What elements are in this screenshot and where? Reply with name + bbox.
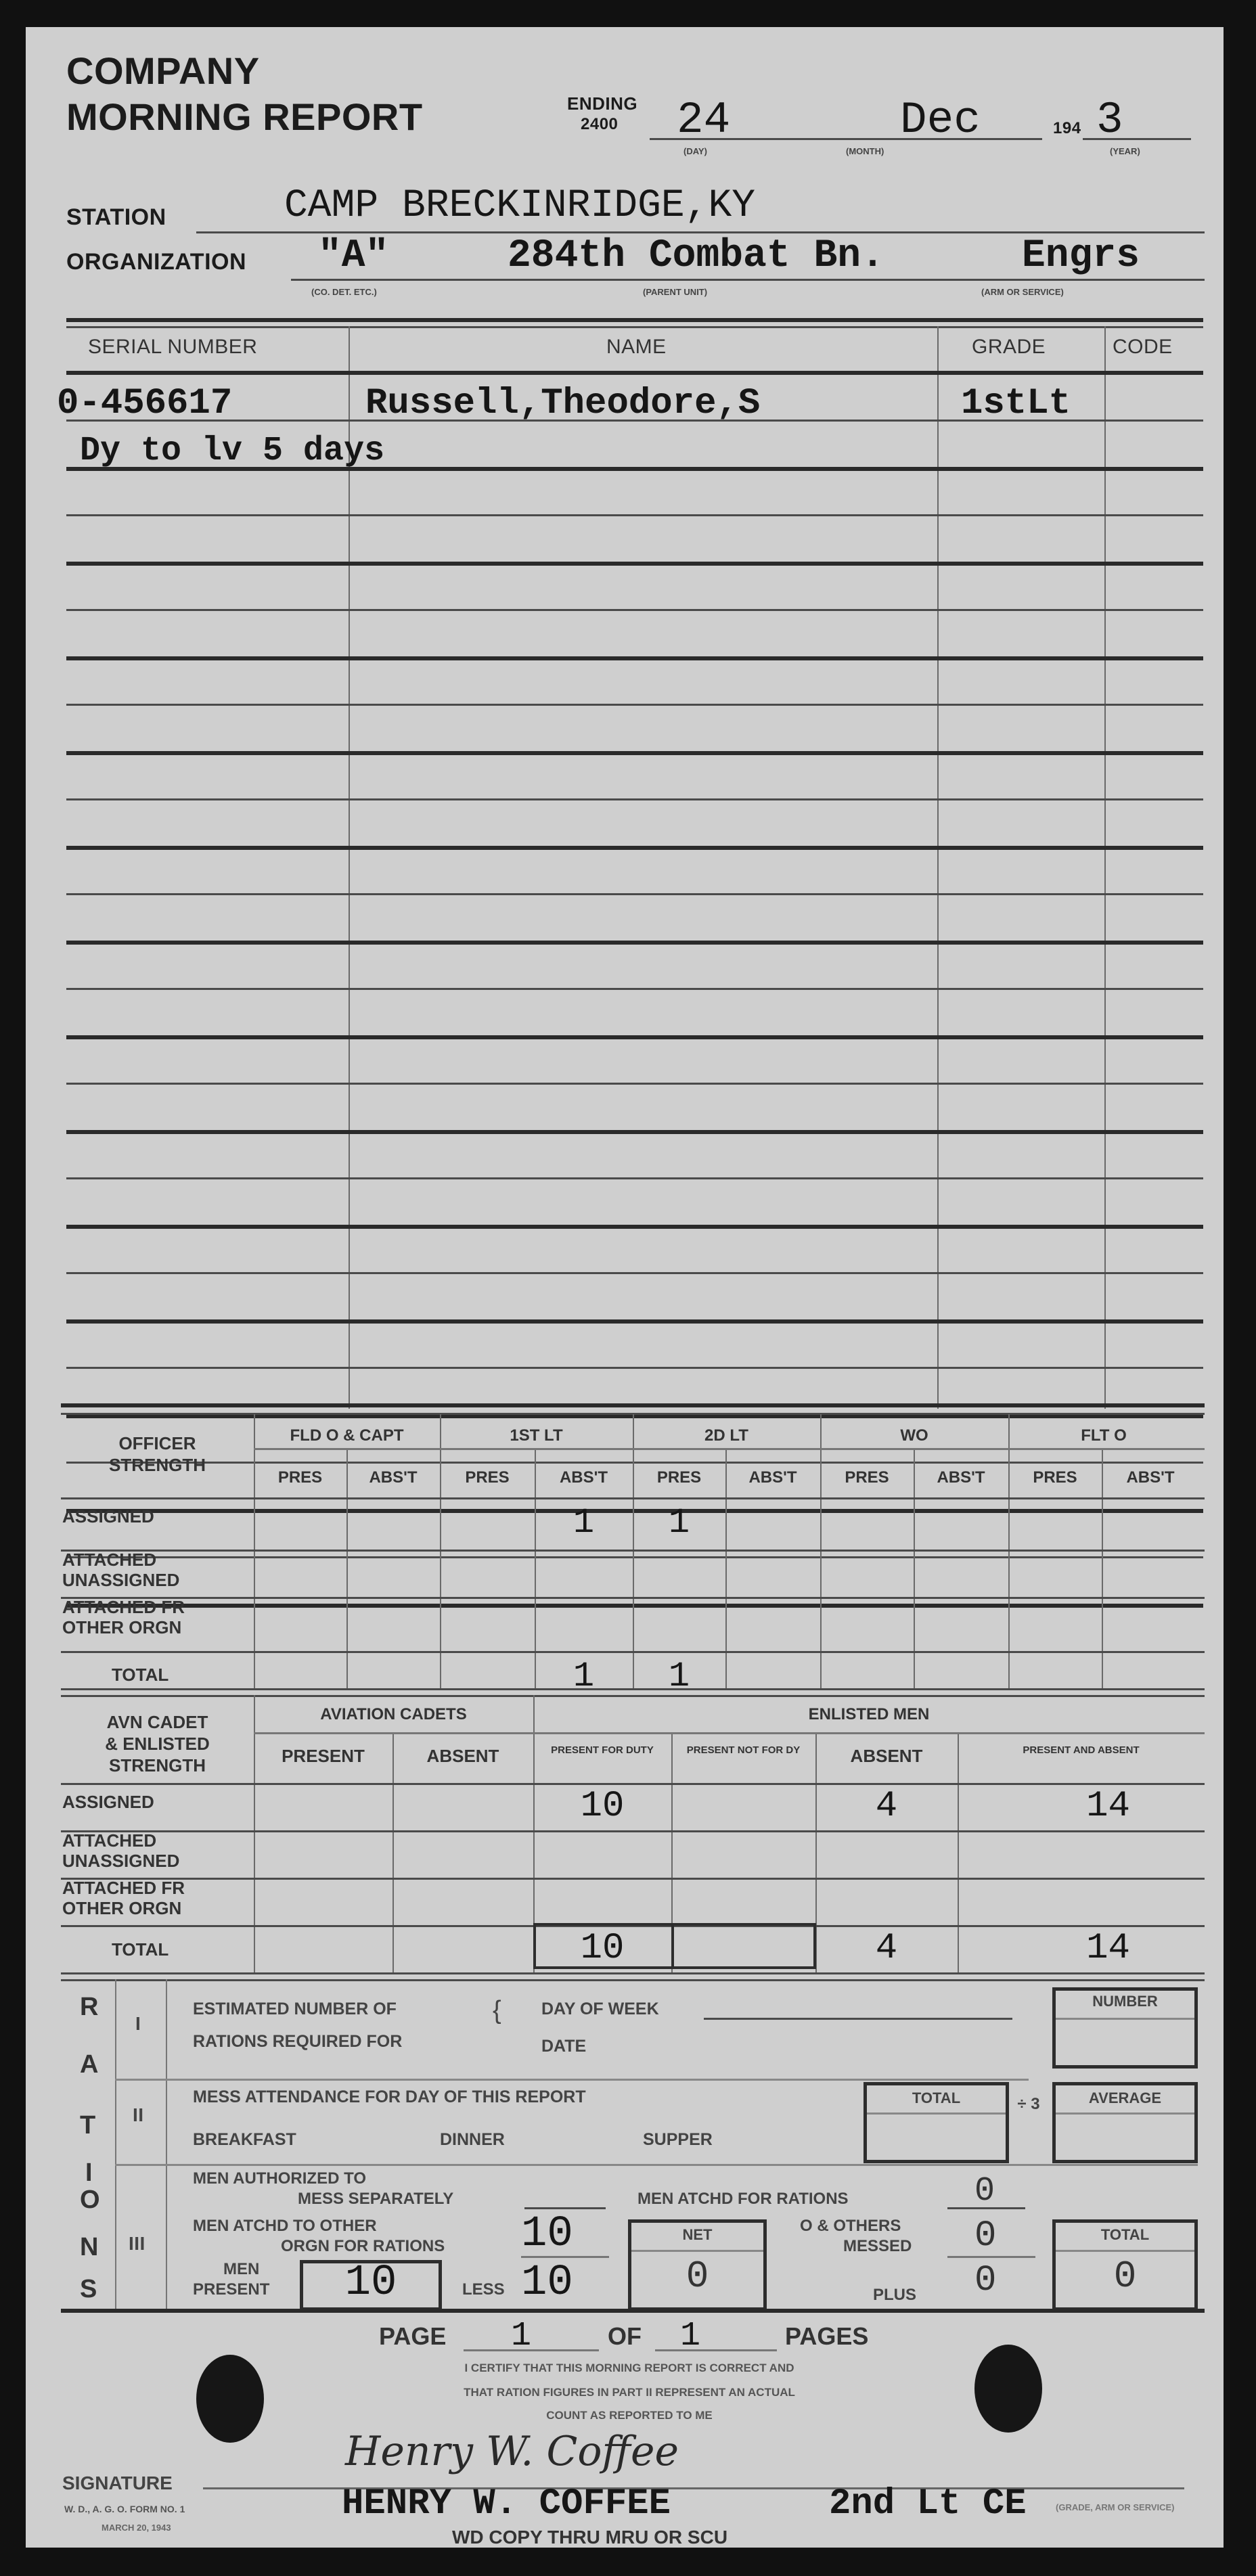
enlisted-row-label: ASSIGNED [62, 1792, 245, 1812]
officer-count-cell[interactable] [725, 1602, 820, 1656]
officer-bottom-rule2 [61, 1695, 1205, 1697]
day-of-week-field[interactable] [704, 2018, 1012, 2020]
officer-row-rule [61, 1497, 1205, 1499]
officer-count-cell[interactable] [440, 1602, 535, 1656]
certify-line2: THAT RATION FIGURES IN PART II REPRESENT… [325, 2386, 934, 2399]
net-rule [631, 2250, 763, 2252]
year-caption: (YEAR) [1110, 146, 1140, 156]
enlisted-row-label: ATTACHED FR OTHER ORGN [62, 1878, 245, 1918]
officer-subheader: ABS'T [914, 1468, 1008, 1487]
ruled-line [66, 1225, 1203, 1229]
ruled-line [66, 656, 1203, 660]
mess-total-label: TOTAL [863, 2089, 1009, 2107]
day-value[interactable]: 24 [677, 95, 730, 145]
month-caption: (MONTH) [846, 146, 884, 156]
atchd-other-line1: MEN ATCHD TO OTHER [193, 2217, 377, 2236]
officer-count-cell[interactable] [440, 1555, 535, 1602]
officer-top-rule [61, 1403, 1205, 1407]
part2-bottom-rule [115, 2164, 1198, 2166]
officer-count-cell[interactable] [440, 1503, 535, 1555]
form-number: W. D., A. G. O. FORM NO. 1 [64, 2504, 185, 2514]
form-date: MARCH 20, 1943 [102, 2523, 171, 2533]
company-caption: (CO. DET. ETC.) [311, 287, 377, 297]
officer-count-cell[interactable] [820, 1503, 914, 1555]
ending-time: 2400 [581, 115, 618, 134]
ruled-line [66, 941, 1203, 945]
certify-line1: I CERTIFY THAT THIS MORNING REPORT IS CO… [325, 2362, 934, 2375]
routing-note: WD COPY THRU MRU OR SCU [452, 2527, 727, 2548]
date-label: DATE [541, 2037, 586, 2056]
col-divider-serial [349, 326, 350, 1409]
authorized-line2: MESS SEPARATELY [298, 2190, 453, 2209]
header-code: CODE [1113, 336, 1173, 359]
rations-total-label: TOTAL [1052, 2226, 1198, 2244]
officer-count-cell[interactable] [914, 1602, 1008, 1656]
part1-brace-icon: { [493, 1996, 501, 2025]
organization-label: ORGANIZATION [66, 249, 246, 275]
officer-row-label: ASSIGNED [62, 1506, 245, 1527]
header-serial-number: SERIAL NUMBER [88, 336, 257, 359]
part1-bottom-rule [115, 2079, 1029, 2081]
certify-line3: COUNT AS REPORTED TO ME [325, 2409, 934, 2422]
officer-count-cell[interactable]: 1 [535, 1656, 633, 1694]
signer-typed-name[interactable]: HENRY W. COFFEE [342, 2483, 671, 2525]
officer-count-cell[interactable] [254, 1555, 346, 1602]
part2-numeral: II [133, 2104, 144, 2126]
officer-count-cell[interactable] [1008, 1555, 1102, 1602]
officer-title-line1: OFFICER [61, 1433, 254, 1454]
officer-count-cell[interactable] [725, 1555, 820, 1602]
officer-subheader: ABS'T [346, 1468, 440, 1487]
signature-label: SIGNATURE [62, 2472, 173, 2494]
officer-group-header: 2D LT [633, 1426, 820, 1445]
name-cell[interactable]: Russell,Theodore,S [365, 383, 760, 424]
enlisted-subheader: PRESENT [254, 1746, 392, 1767]
officer-row-label: ATTACHED UNASSIGNED [62, 1550, 245, 1590]
rations-letter-o: O [80, 2186, 100, 2215]
officer-count-cell[interactable] [346, 1656, 440, 1694]
pages-label: PAGES [785, 2322, 868, 2351]
atchd-other-value[interactable]: 10 [521, 2210, 573, 2259]
rations-letter-r: R [80, 1993, 99, 2022]
breakfast-label: BREAKFAST [193, 2130, 296, 2150]
enlisted-subheader: ABSENT [815, 1746, 958, 1767]
officer-row-label: TOTAL [112, 1665, 169, 1686]
mess-total-rule [867, 2112, 1006, 2115]
officer-count-cell[interactable]: 1 [535, 1503, 633, 1555]
rations-total-value[interactable]: 0 [1052, 2255, 1198, 2298]
day-caption: (DAY) [683, 146, 707, 156]
number-box-rule [1056, 2018, 1194, 2020]
officer-count-cell[interactable] [535, 1555, 633, 1602]
present-total-box-divider [671, 1923, 674, 1969]
divide-by-three-label: ÷ 3 [1015, 2094, 1042, 2115]
serial-number-cell[interactable]: 0-456617 [57, 383, 232, 424]
grade-cell[interactable]: 1stLt [961, 383, 1071, 424]
officer-count-cell[interactable] [1008, 1656, 1102, 1694]
plus-value[interactable]: 0 [974, 2260, 996, 2301]
enlisted-count-cell[interactable]: 4 [815, 1928, 958, 1969]
average-rule [1056, 2112, 1194, 2115]
others-field [947, 2256, 1035, 2258]
enlisted-count-cell[interactable]: 14 [958, 1786, 1205, 1827]
ruled-line [66, 609, 1203, 611]
officer-count-cell[interactable] [440, 1656, 535, 1694]
officer-group-rule [254, 1448, 1205, 1450]
pages-value[interactable]: 1 [680, 2317, 700, 2355]
officer-count-cell[interactable] [914, 1503, 1008, 1555]
supper-label: SUPPER [643, 2130, 713, 2150]
atchd-other-field [521, 2256, 609, 2258]
rations-letter-s: S [80, 2275, 97, 2304]
table-top-rule2 [66, 326, 1203, 328]
men-present-line1: MEN [223, 2260, 259, 2279]
enlisted-col-divider [392, 1732, 394, 1972]
rations-bottom-rule [61, 2309, 1205, 2313]
header-grade: GRADE [972, 336, 1046, 359]
page-value[interactable]: 1 [511, 2317, 531, 2355]
part1-text-line1: ESTIMATED NUMBER OF [193, 1999, 397, 2019]
officer-subheader: PRES [633, 1468, 725, 1487]
men-present-value[interactable]: 10 [300, 2259, 442, 2307]
ruled-line [66, 562, 1203, 566]
men-present-line2: PRESENT [193, 2280, 269, 2299]
number-box-label: NUMBER [1052, 1993, 1198, 2010]
officer-count-cell[interactable] [1102, 1656, 1199, 1694]
part1-text-line2: RATIONS REQUIRED FOR [193, 2032, 402, 2052]
others-line1: O & OTHERS [800, 2217, 901, 2236]
others-value[interactable]: 0 [974, 2215, 996, 2257]
pages-count-field [655, 2349, 777, 2351]
rations-letter-i: I [85, 2159, 93, 2188]
punch-hole-right-icon [974, 2345, 1042, 2433]
officer-subheader: ABS'T [725, 1468, 820, 1487]
part3-numeral: III [129, 2233, 145, 2255]
enlisted-subheader: PRESENT AND ABSENT [958, 1740, 1205, 1761]
enlisted-row-label: ATTACHED UNASSIGNED [62, 1830, 245, 1871]
organization-company[interactable]: "A" [318, 234, 388, 278]
officer-group-header: FLD O & CAPT [254, 1426, 440, 1445]
officer-count-cell[interactable] [1008, 1602, 1102, 1656]
net-label: NET [628, 2226, 767, 2244]
authorized-line1: MEN AUTHORIZED TO [193, 2169, 366, 2188]
enlisted-title-line2: & ENLISTED [61, 1734, 254, 1755]
dinner-label: DINNER [440, 2130, 505, 2150]
officer-title-line2: STRENGTH [61, 1455, 254, 1476]
officer-count-cell[interactable] [633, 1555, 725, 1602]
enlisted-title-line1: AVN CADET [61, 1712, 254, 1733]
officer-count-cell[interactable] [254, 1656, 346, 1694]
ruled-line [66, 1177, 1203, 1179]
officer-subheader: ABS'T [1102, 1468, 1199, 1487]
rations-total-rule [1056, 2250, 1194, 2252]
rations-letter-divider [115, 1979, 116, 2311]
ruled-line [66, 1130, 1203, 1134]
enlisted-title-line3: STRENGTH [61, 1755, 254, 1776]
rations-letter-n: N [80, 2233, 99, 2262]
officer-count-cell[interactable] [346, 1555, 440, 1602]
officer-subheader: PRES [254, 1468, 346, 1487]
enlisted-men-header: ENLISTED MEN [533, 1705, 1205, 1724]
month-value[interactable]: Dec [900, 95, 981, 145]
header-rule [66, 371, 1203, 375]
officer-subheader: PRES [440, 1468, 535, 1487]
ruled-line [66, 514, 1203, 516]
net-value[interactable]: 0 [628, 2255, 767, 2298]
grade-caption: (GRADE, ARM OR SERVICE) [1056, 2502, 1175, 2512]
year-digit[interactable]: 3 [1096, 95, 1123, 145]
officer-group-header: 1ST LT [440, 1426, 633, 1445]
officer-count-cell[interactable] [725, 1503, 820, 1555]
organization-parent-unit[interactable]: 284th Combat Bn. [508, 234, 884, 278]
officer-subheader: PRES [1008, 1468, 1102, 1487]
col-divider-grade [1104, 326, 1106, 1409]
officer-subheader: ABS'T [535, 1468, 633, 1487]
officer-count-cell[interactable] [820, 1602, 914, 1656]
day-of-week-label: DAY OF WEEK [541, 1999, 659, 2019]
officer-count-cell[interactable] [914, 1555, 1008, 1602]
enlisted-group-rule [254, 1732, 1205, 1734]
officer-count-cell[interactable] [346, 1602, 440, 1656]
ruled-line [66, 798, 1203, 800]
officer-count-cell[interactable] [1102, 1602, 1199, 1656]
ruled-line [66, 1319, 1203, 1324]
rations-letter-a: A [80, 2050, 99, 2079]
officer-count-cell[interactable] [1008, 1503, 1102, 1555]
atchd-for-rations-label: MEN ATCHD FOR RATIONS [637, 2190, 849, 2209]
officer-count-cell[interactable]: 1 [633, 1503, 725, 1555]
ruled-line [66, 846, 1203, 850]
col-divider-name [937, 326, 939, 1409]
ruled-line [66, 467, 1203, 471]
ruled-line [66, 751, 1203, 755]
officer-count-cell[interactable] [535, 1602, 633, 1656]
ruled-line [66, 988, 1203, 990]
page-label: PAGE [379, 2322, 446, 2351]
station-underline [196, 231, 1205, 233]
atchd-other-line2: ORGN FOR RATIONS [281, 2237, 445, 2256]
enlisted-subheader: PRESENT NOT FOR DY [671, 1740, 815, 1761]
arm-caption: (ARM OR SERVICE) [981, 287, 1064, 297]
less-label: LESS [462, 2280, 505, 2299]
enlisted-col-divider [254, 1695, 255, 1972]
plus-label: PLUS [873, 2286, 916, 2305]
others-line2: MESSED [843, 2237, 912, 2256]
station-value[interactable]: CAMP BRECKINRIDGE,KY [284, 184, 755, 228]
rations-numeral-divider [166, 1979, 167, 2311]
officer-subheader: PRES [820, 1468, 914, 1487]
ruled-line [66, 893, 1203, 895]
enlisted-row-label: TOTAL [112, 1939, 169, 1960]
officer-row-label: ATTACHED FR OTHER ORGN [62, 1597, 245, 1637]
header-name: NAME [606, 336, 667, 359]
remark-line[interactable]: Dy to lv 5 days [80, 432, 384, 470]
form-title-line1: COMPANY [66, 49, 260, 93]
enlisted-bottom-rule2 [61, 1979, 1205, 1981]
of-label: OF [608, 2322, 642, 2351]
officer-count-cell[interactable] [820, 1555, 914, 1602]
ruled-line [66, 1035, 1203, 1039]
ruled-line [66, 1083, 1203, 1085]
enlisted-count-cell[interactable]: 14 [958, 1928, 1205, 1969]
officer-count-cell[interactable] [346, 1503, 440, 1555]
officer-group-header: WO [820, 1426, 1008, 1445]
officer-count-cell[interactable] [914, 1656, 1008, 1694]
officer-count-cell[interactable] [1102, 1503, 1199, 1555]
officer-count-cell[interactable] [1102, 1555, 1199, 1602]
ruled-line [66, 704, 1203, 706]
parent-caption: (PARENT UNIT) [643, 287, 707, 297]
enlisted-subheader: PRESENT FOR DUTY [533, 1740, 671, 1761]
ending-label: ENDING [567, 93, 637, 114]
station-label: STATION [66, 204, 166, 231]
handwritten-signature[interactable]: Henry W. Coffee [345, 2428, 679, 2475]
enlisted-count-cell[interactable]: 10 [533, 1928, 671, 1969]
officer-count-cell[interactable] [254, 1602, 346, 1656]
form-title-line2: MORNING REPORT [66, 95, 423, 139]
rations-letter-t: T [80, 2111, 96, 2140]
organization-underline [291, 279, 1205, 281]
signer-grade[interactable]: 2nd Lt CE [829, 2483, 1027, 2525]
enlisted-subheader: ABSENT [392, 1746, 533, 1767]
enlisted-row-rule [61, 1783, 1205, 1785]
officer-count-cell[interactable] [633, 1602, 725, 1656]
officer-count-cell[interactable] [820, 1656, 914, 1694]
enlisted-bottom-rule [61, 1972, 1205, 1974]
officer-group-header: FLT O [1008, 1426, 1199, 1445]
organization-arm[interactable]: Engrs [1022, 234, 1140, 278]
officer-count-cell[interactable] [725, 1656, 820, 1694]
less-value[interactable]: 10 [521, 2259, 573, 2307]
table-top-rule [66, 318, 1203, 322]
mess-separately-field[interactable] [524, 2207, 606, 2209]
year-prefix: 194 [1053, 119, 1081, 138]
atchd-for-rations-value[interactable]: 0 [974, 2172, 995, 2211]
part1-numeral: I [135, 2013, 141, 2035]
aviation-cadets-header: AVIATION CADETS [254, 1705, 533, 1724]
officer-count-cell[interactable] [254, 1503, 346, 1555]
row-rule [66, 420, 1203, 422]
enlisted-count-cell[interactable]: 4 [815, 1786, 958, 1827]
punch-hole-left-icon [196, 2355, 264, 2443]
average-label: AVERAGE [1052, 2089, 1198, 2107]
officer-count-cell[interactable]: 1 [633, 1656, 725, 1694]
ruled-line [66, 1272, 1203, 1274]
ruled-line [66, 1367, 1203, 1369]
part2-title: MESS ATTENDANCE FOR DAY OF THIS REPORT [193, 2087, 586, 2107]
enlisted-count-cell[interactable]: 10 [533, 1786, 671, 1827]
